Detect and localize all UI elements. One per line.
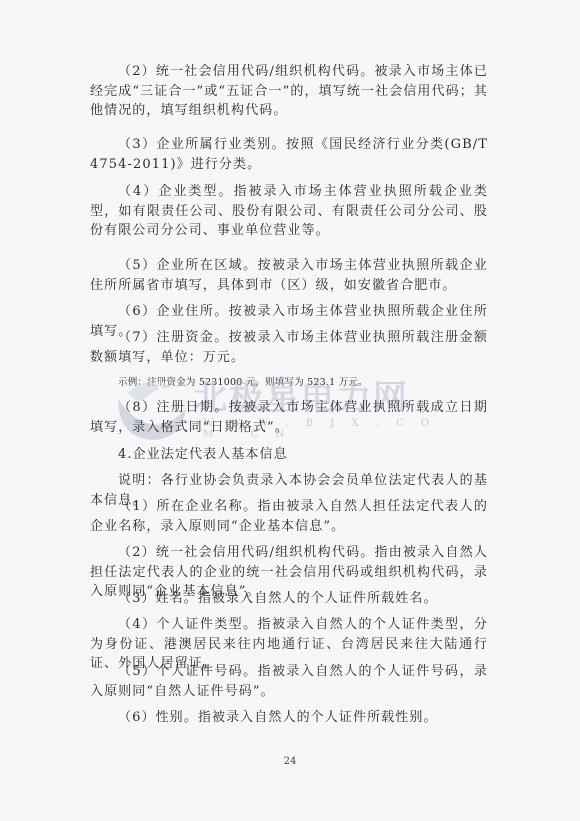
paragraph-enterprise-type: （4）企业类型。指被录入市场主体营业执照所载企业类型，如有限责任公司、股份有限公… bbox=[90, 182, 488, 241]
paragraph-registered-capital: （7）注册资金。按被录入市场主体营业执照所载注册金额数额填写，单位：万元。 bbox=[90, 328, 488, 367]
paragraph-legal-company-name: （1）所在企业名称。指由被录入自然人担任法定代表人的企业名称，录入原则同“企业基… bbox=[90, 497, 488, 536]
page-number: 24 bbox=[0, 756, 580, 767]
paragraph-registration-date: （8）注册日期。按被录入市场主体营业执照所载成立日期填写，录入格式同“日期格式”… bbox=[90, 398, 488, 437]
section-heading: 4.企业法定代表人基本信息 bbox=[118, 445, 288, 465]
paragraph-credit-code: （2）统一社会信用代码/组织机构代码。被录入市场主体已经完成“三证合一”或“五证… bbox=[90, 62, 488, 121]
paragraph-legal-gender: （6）性别。指被录入自然人的个人证件所载性别。 bbox=[90, 708, 488, 728]
paragraph-industry-category: （3）企业所属行业类别。按照《国民经济行业分类(GB/T 4754-2011)》… bbox=[90, 135, 488, 174]
paragraph-legal-name: （3）姓名。指被录入自然人的个人证件所载姓名。 bbox=[90, 589, 488, 609]
capital-example-note: 示例：注册资金为 5231000 元，则填写为 523.1 万元。 bbox=[118, 376, 368, 390]
document-page: （2）统一社会信用代码/组织机构代码。被录入市场主体已经完成“三证合一”或“五证… bbox=[0, 0, 580, 821]
paragraph-enterprise-region: （5）企业所在区域。按被录入市场主体营业执照所载企业住所所属省市填写，具体到市（… bbox=[90, 256, 488, 295]
paragraph-legal-id-number: （5）个人证件号码。指被录入自然人的个人证件号码，录入原则同“自然人证件号码”。 bbox=[90, 662, 488, 701]
